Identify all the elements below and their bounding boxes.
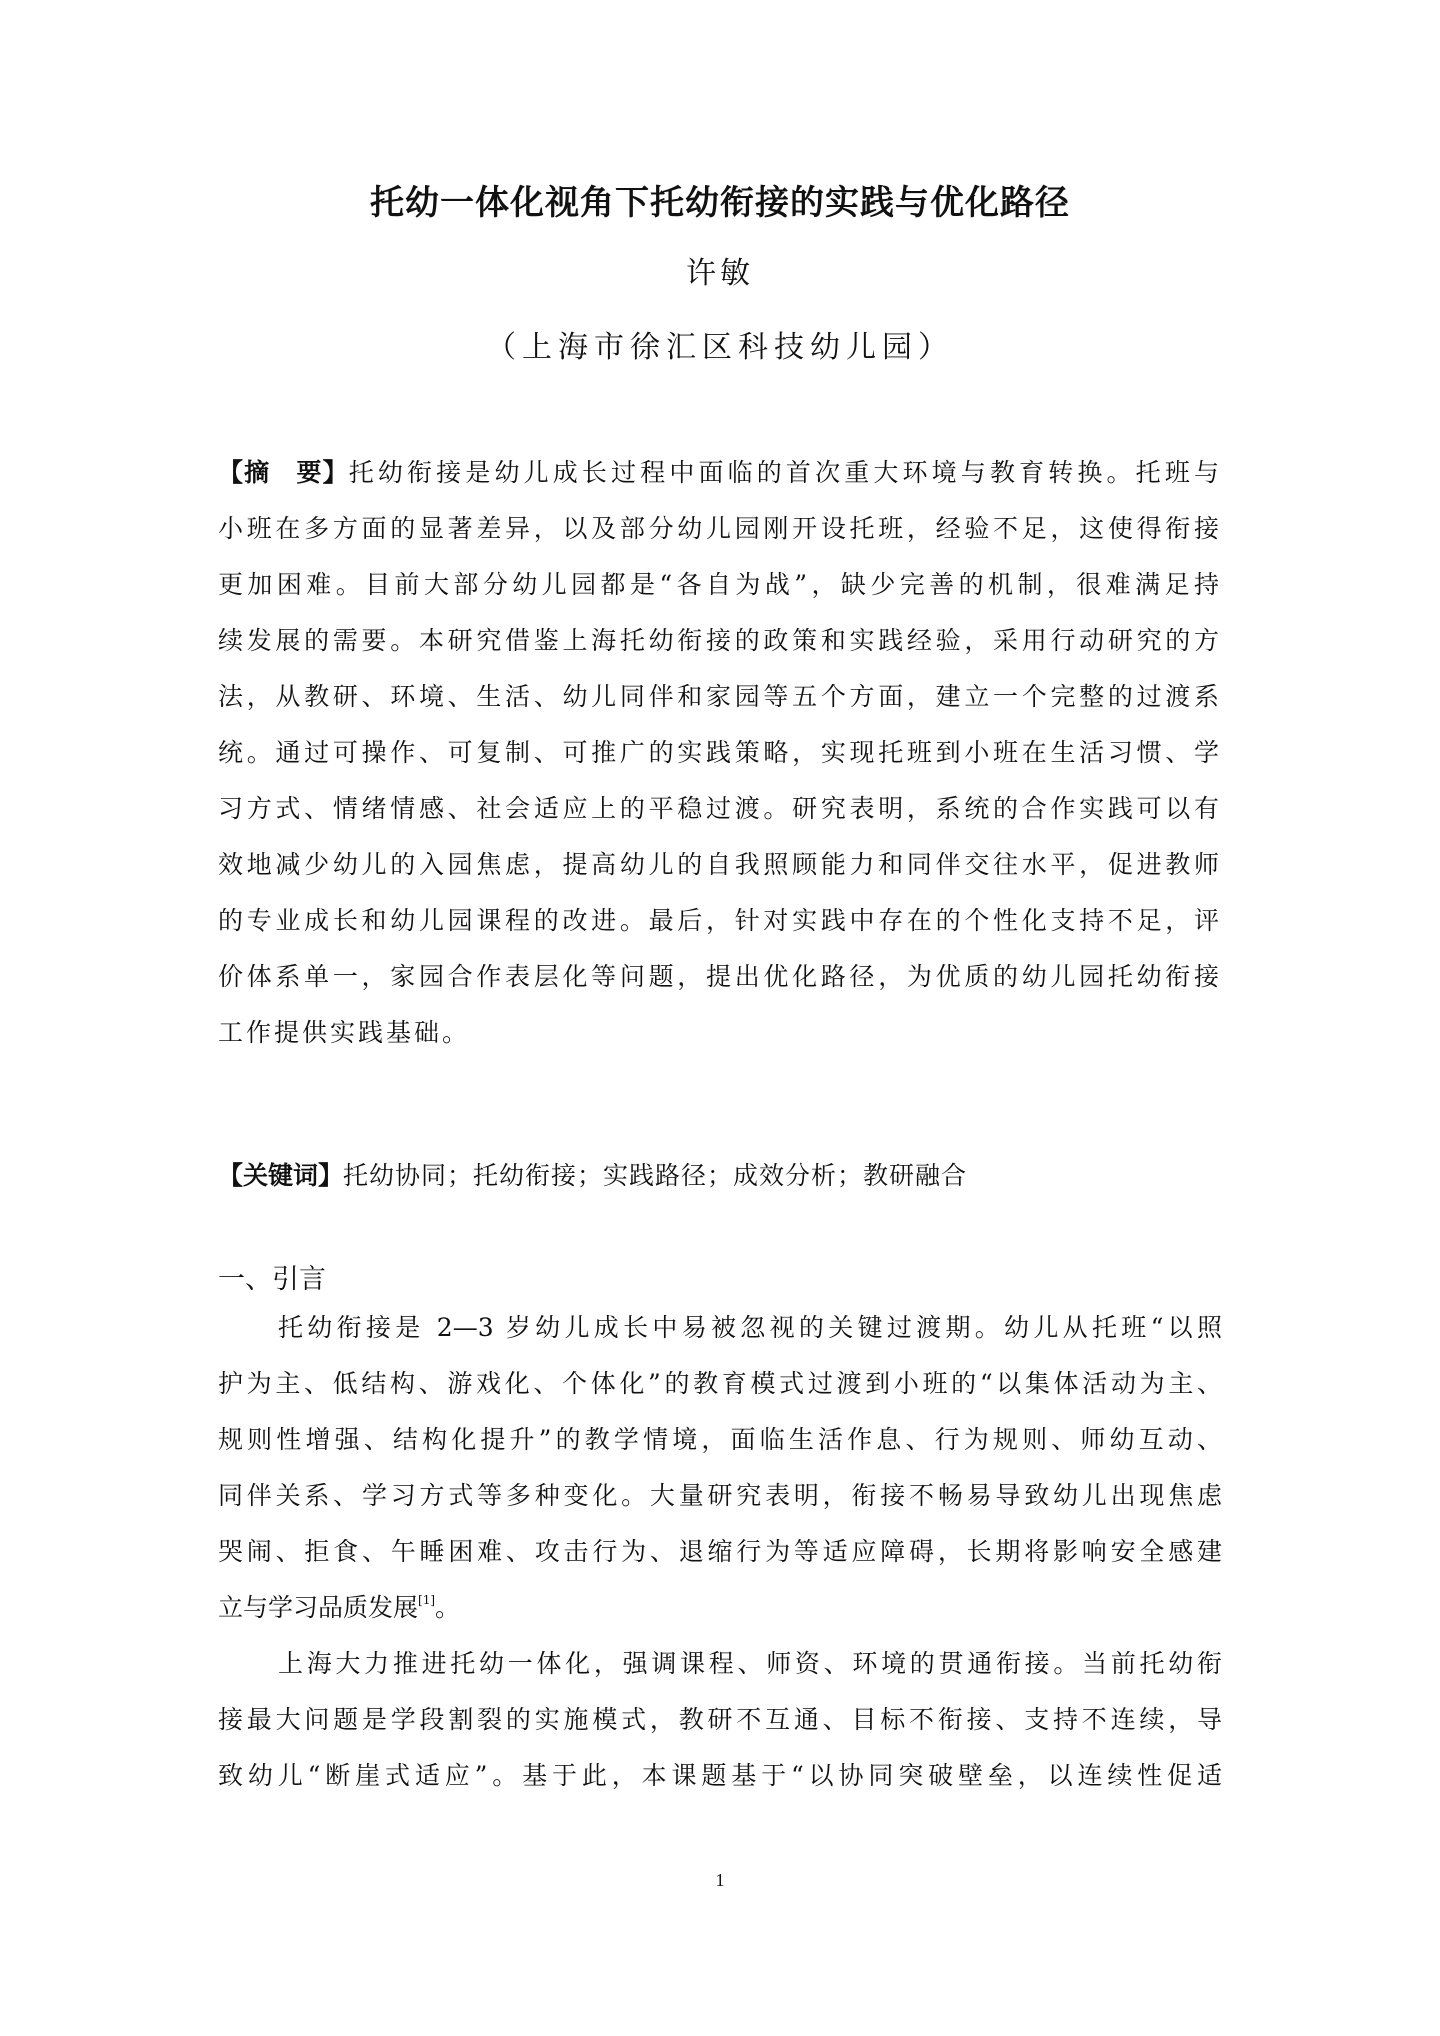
abstract-line: 续发展的需要。本研究借鉴上海托幼衔接的政策和实践经验，采用行动研究的方: [218, 613, 1222, 669]
abstract-line: 工作提供实践基础。: [218, 1005, 1222, 1061]
abstract-line: 习方式、情绪情感、社会适应上的平稳过渡。研究表明，系统的合作实践可以有: [218, 781, 1222, 837]
paragraph-line: 护为主、低结构、游戏化、个体化”的教育模式过渡到小班的“以集体活动为主、: [218, 1356, 1222, 1412]
keywords: 【关键词】托幼协同；托幼衔接；实践路径；成效分析；教研融合: [218, 1148, 1222, 1204]
paragraph-line: 哭闹、拒食、午睡困难、攻击行为、退缩行为等适应障碍，长期将影响安全感建: [218, 1524, 1222, 1580]
abstract-label: 【摘 要】: [218, 458, 349, 487]
page-number: 1: [0, 1868, 1440, 1892]
paper-page: 托幼一体化视角下托幼衔接的实践与优化路径 许敏 （上海市徐汇区科技幼儿园） 【摘…: [0, 0, 1440, 2036]
keywords-text: 托幼协同；托幼衔接；实践路径；成效分析；教研融合: [343, 1161, 967, 1190]
paragraph-line: 托幼衔接是 2—3 岁幼儿成长中易被忽视的关键过渡期。幼儿从托班“以照: [218, 1300, 1222, 1356]
abstract-line: 的专业成长和幼儿园课程的改进。最后，针对实践中存在的个性化支持不足，评: [218, 893, 1222, 949]
paper-title: 托幼一体化视角下托幼衔接的实践与优化路径: [0, 178, 1440, 228]
paragraph-end: 。: [435, 1593, 460, 1622]
author-affiliation: （上海市徐汇区科技幼儿园）: [0, 328, 1440, 368]
abstract-line: 统。通过可操作、可复制、可推广的实践策略，实现托班到小班在生活习惯、学: [218, 725, 1222, 781]
paragraph-line: 立与学习品质发展[1]。: [218, 1580, 1222, 1636]
paragraph-line: 同伴关系、学习方式等多种变化。大量研究表明，衔接不畅易导致幼儿出现焦虑: [218, 1468, 1222, 1524]
abstract-line: 更加困难。目前大部分幼儿园都是“各自为战”，缺少完善的机制，很难满足持: [218, 557, 1222, 613]
abstract-line: 小班在多方面的显著差异，以及部分幼儿园刚开设托班，经验不足，这使得衔接: [218, 501, 1222, 557]
paragraph-line: 上海大力推进托幼一体化，强调课程、师资、环境的贯通衔接。当前托幼衔: [218, 1636, 1222, 1692]
abstract-line: 法，从教研、环境、生活、幼儿同伴和家园等五个方面，建立一个完整的过渡系: [218, 669, 1222, 725]
abstract-line: 【摘 要】托幼衔接是幼儿成长过程中面临的首次重大环境与教育转换。托班与: [218, 445, 1222, 501]
section-heading-introduction: 一、引言: [218, 1260, 326, 1300]
author-name: 许敏: [0, 254, 1440, 294]
abstract-line: 效地减少幼儿的入园焦虑，提高幼儿的自我照顾能力和同伴交往水平，促进教师: [218, 837, 1222, 893]
keywords-label: 【关键词】: [218, 1161, 343, 1190]
paragraph-line: 规则性增强、结构化提升”的教学情境，面临生活作息、行为规则、师幼互动、: [218, 1412, 1222, 1468]
abstract: 【摘 要】托幼衔接是幼儿成长过程中面临的首次重大环境与教育转换。托班与 小班在多…: [218, 445, 1222, 1061]
introduction-body: 托幼衔接是 2—3 岁幼儿成长中易被忽视的关键过渡期。幼儿从托班“以照 护为主、…: [218, 1300, 1222, 1804]
keywords-line: 【关键词】托幼协同；托幼衔接；实践路径；成效分析；教研融合: [218, 1148, 1222, 1204]
paragraph-text: 立与学习品质发展: [218, 1593, 418, 1622]
paragraph-line: 致幼儿“断崖式适应”。基于此，本课题基于“以协同突破壁垒，以连续性促适: [218, 1748, 1222, 1804]
citation-ref[interactable]: [1]: [418, 1593, 435, 1607]
abstract-line: 价体系单一，家园合作表层化等问题，提出优化路径，为优质的幼儿园托幼衔接: [218, 949, 1222, 1005]
paragraph-line: 接最大问题是学段割裂的实施模式，教研不互通、目标不衔接、支持不连续，导: [218, 1692, 1222, 1748]
abstract-text: 托幼衔接是幼儿成长过程中面临的首次重大环境与教育转换。托班与: [349, 458, 1222, 487]
